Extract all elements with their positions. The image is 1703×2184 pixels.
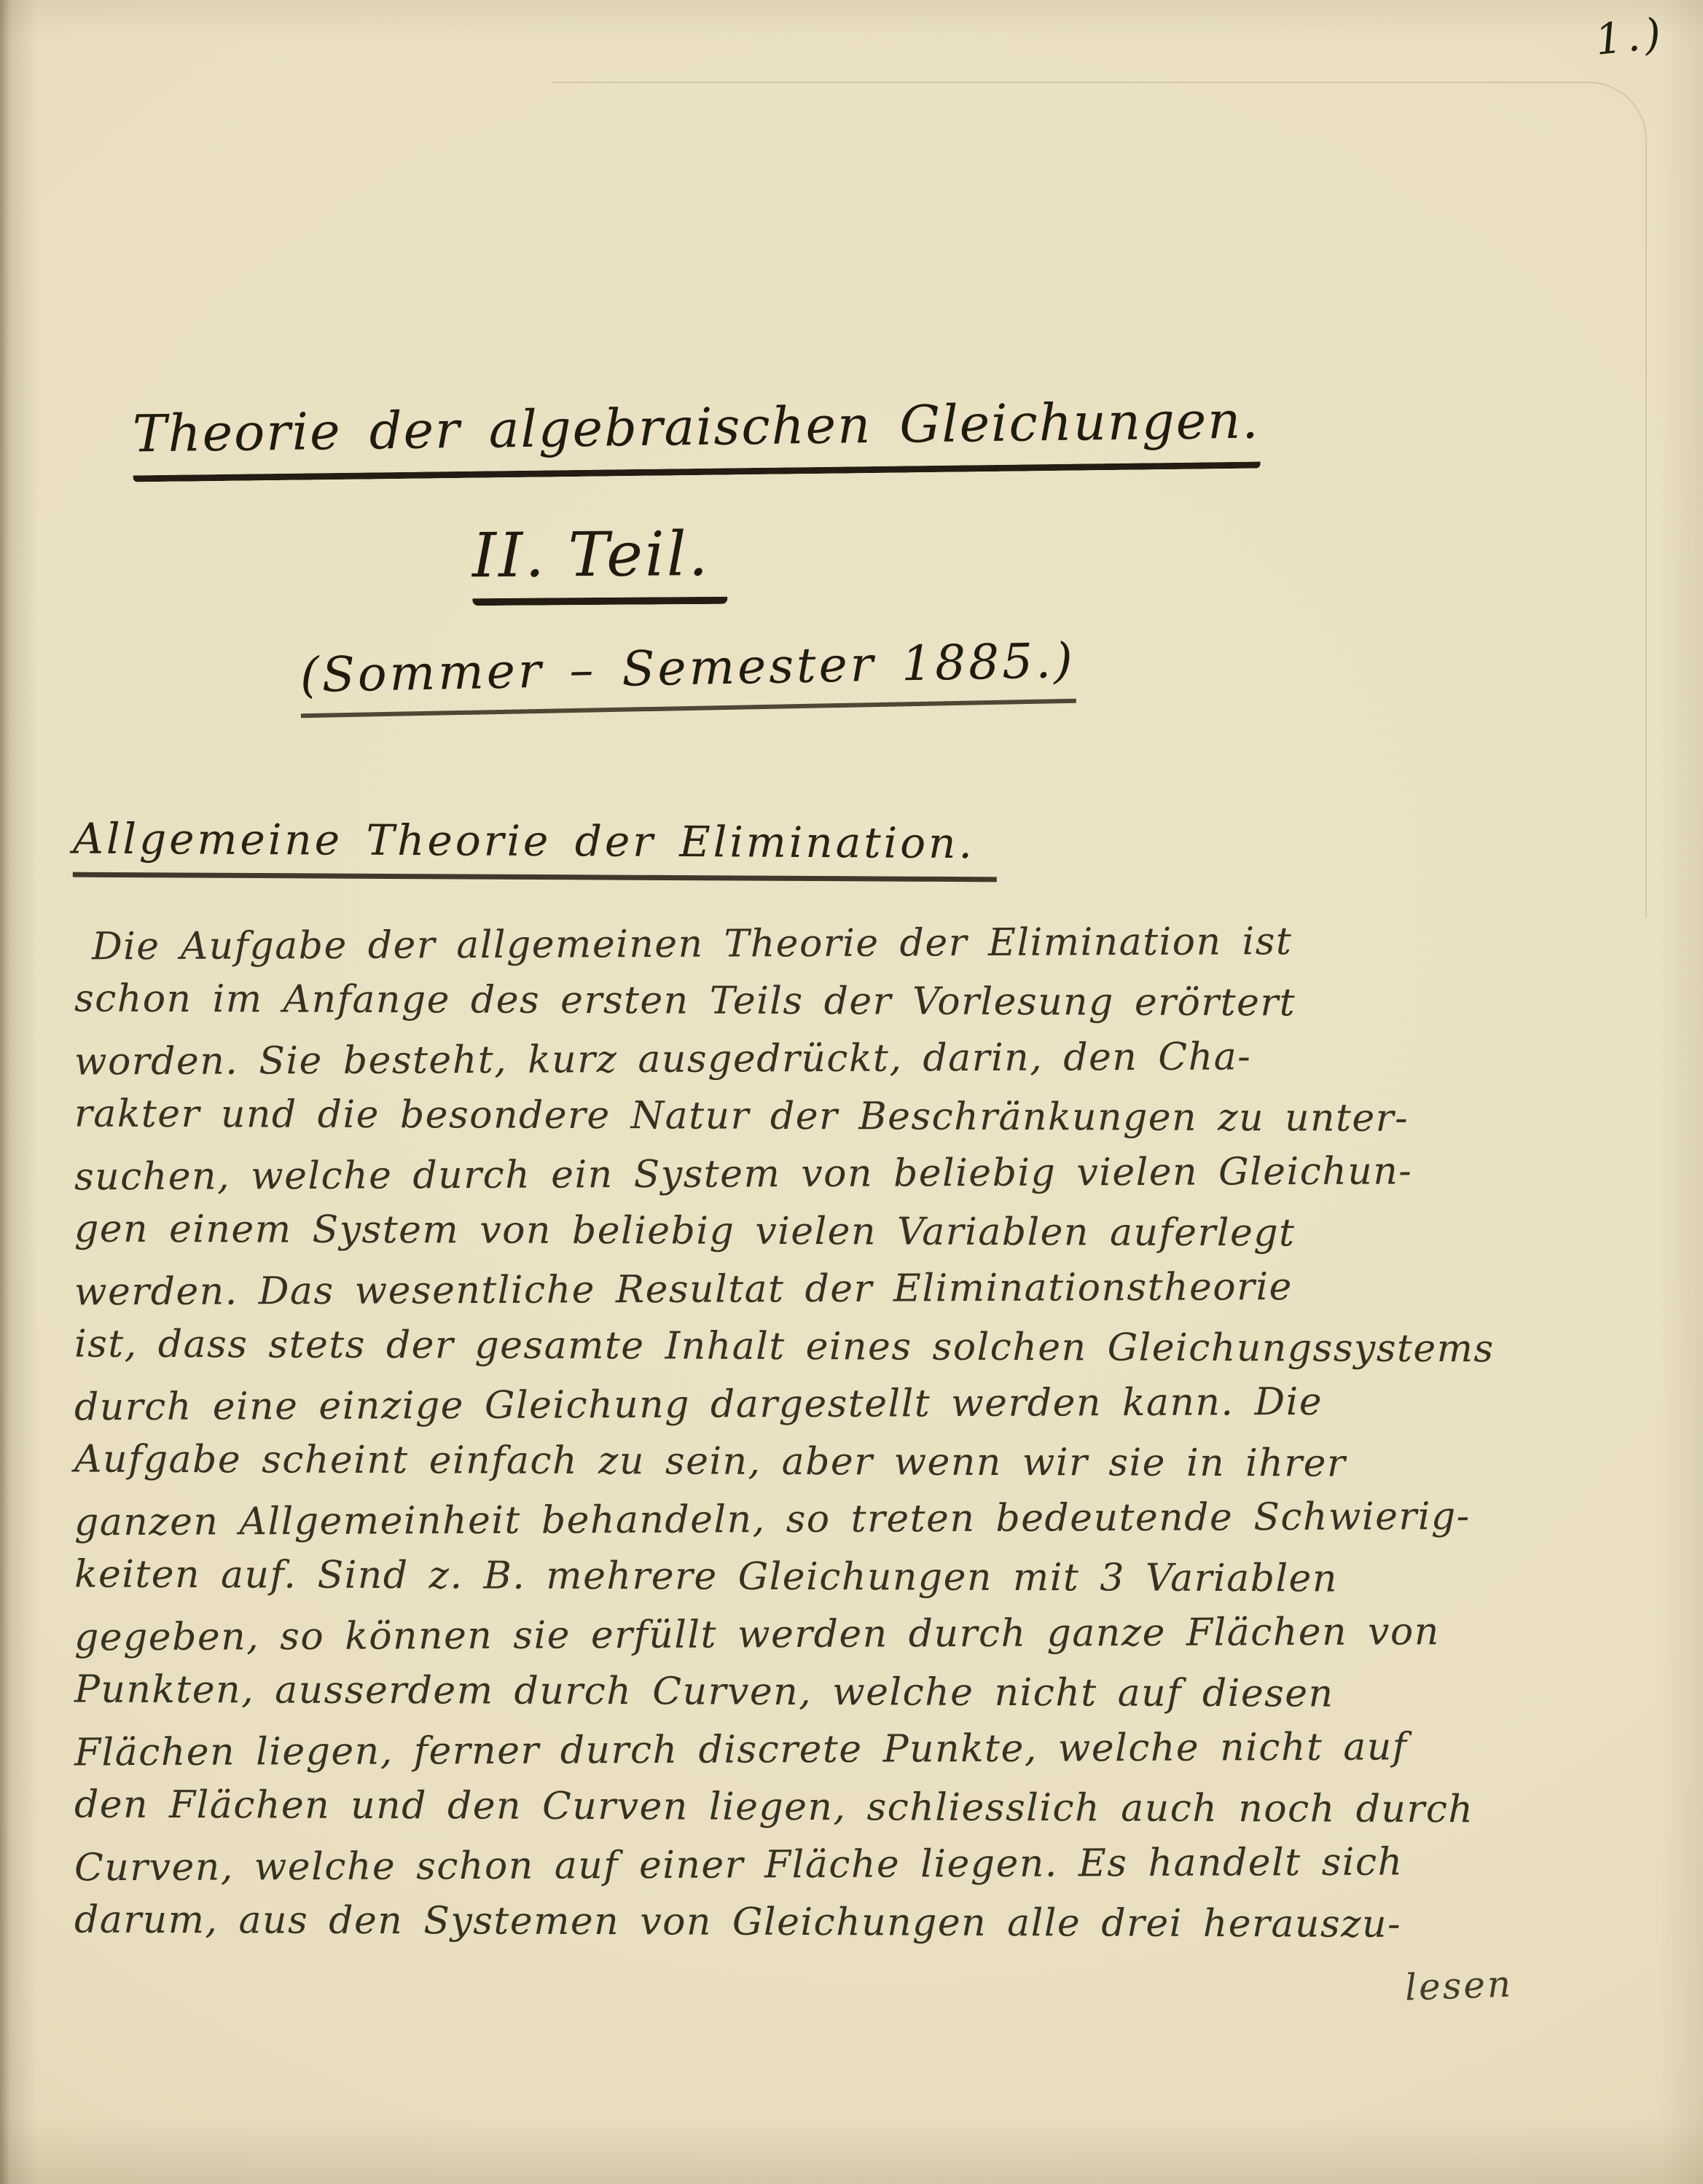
pressed-rectangle-mark [552, 82, 1647, 917]
body-text: Die Aufgabe der allgemeinen Theorie der … [74, 915, 1532, 1952]
text-line: Curven, welche schon auf einer Fläche li… [74, 1833, 1532, 1898]
text-line: gen einem System von beliebig vielen Var… [74, 1201, 1532, 1264]
text-line: werden. Das wesentliche Resultat der Eli… [74, 1258, 1532, 1322]
text-line: ist, dass stets der gesamte Inhalt eines… [74, 1316, 1532, 1379]
text-line: darum, aus den Systemen von Gleichungen … [74, 1892, 1532, 1954]
text-line: suchen, welche durch ein System von beli… [74, 1143, 1532, 1207]
text-line: den Flächen und den Curven liegen, schli… [74, 1777, 1532, 1839]
part-title-text: II. Teil. [472, 518, 728, 606]
text-line: worden. Sie besteht, kurz ausgedrückt, d… [74, 1028, 1532, 1092]
semester-subtitle: (Sommer – Semester 1885.) [300, 633, 1076, 718]
section-heading-text: Allgemeine Theorie der Elimination. [73, 814, 997, 882]
section-heading: Allgemeine Theorie der Elimination. [73, 814, 997, 882]
text-line: Aufgabe scheint einfach zu sein, aber we… [74, 1431, 1532, 1494]
text-line: keiten auf. Sind z. B. mehrere Gleichung… [74, 1546, 1532, 1609]
text-line: rakter und die besondere Natur der Besch… [74, 1086, 1532, 1148]
document-title-text: Theorie der algebraischen Gleichungen. [132, 391, 1260, 482]
text-line: gegeben, so können sie erfüllt werden du… [74, 1603, 1532, 1667]
text-line: schon im Anfange des ersten Teils der Vo… [74, 971, 1532, 1033]
text-line: ganzen Allgemeinheit behandeln, so trete… [74, 1488, 1532, 1552]
manuscript-page: 1.) Theorie der algebraischen Gleichunge… [0, 0, 1703, 2184]
document-title: Theorie der algebraischen Gleichungen. [132, 391, 1260, 482]
part-title: II. Teil. [472, 518, 728, 606]
catchword: lesen [1404, 1962, 1514, 2008]
text-line: Die Aufgabe der allgemeinen Theorie der … [92, 912, 1532, 976]
text-line: Flächen liegen, ferner durch discrete Pu… [74, 1718, 1532, 1782]
text-line: durch eine einzige Gleichung dargestellt… [74, 1373, 1532, 1437]
text-line: Punkten, ausserdem durch Curven, welche … [74, 1662, 1532, 1724]
semester-subtitle-text: (Sommer – Semester 1885.) [300, 633, 1076, 718]
page-number: 1.) [1593, 8, 1668, 65]
